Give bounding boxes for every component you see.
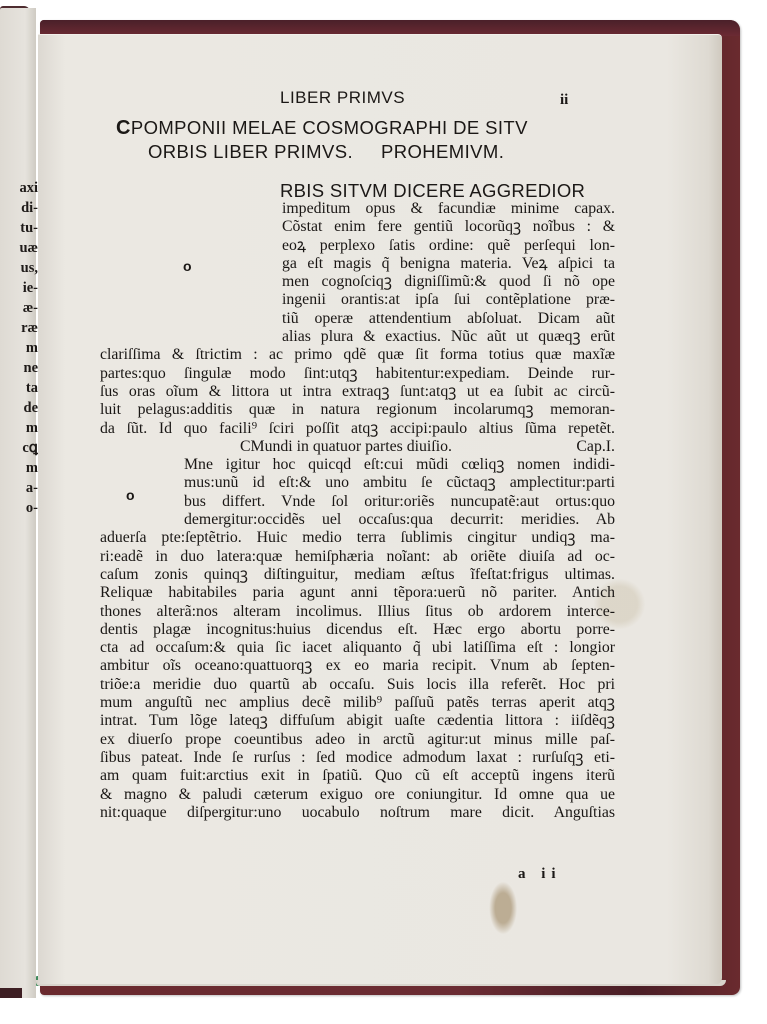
text-line: bus differt. Vnde ſol oritur:oriẽs nuncu… bbox=[100, 493, 615, 511]
signature-mark: a ii bbox=[518, 866, 562, 883]
verso-line: ræ bbox=[0, 318, 38, 338]
title-text: POMPONII MELAE COSMOGRAPHI DE SITV bbox=[131, 117, 528, 138]
text-line: tiũ operæ attendentium abſoluat. Dicam a… bbox=[100, 310, 615, 328]
verso-line-endings: axi di- tu- uæ us, ie- æ- ræ m ne ta de … bbox=[0, 178, 38, 518]
text-line: da ſũt. Id quo facili⁹ ſciri poſſit atqꝫ… bbox=[100, 420, 615, 438]
text-line: mus:unũ id eſt:& uno ambitu ſe cũctaqꝫ a… bbox=[100, 474, 615, 492]
text-line: eoꝝ perplexo ſatis ordine: quẽ perſequi … bbox=[100, 237, 615, 255]
text-line: luit pelagus:additis quæ in natura regio… bbox=[100, 401, 615, 419]
text-line: Cõstat enim fere gentiũ locorũqꝫ noĩbus … bbox=[100, 218, 615, 236]
text-line: ſus oras oĩum & littora ut intra extraqꝫ… bbox=[100, 383, 615, 401]
verso-line: a- bbox=[0, 478, 38, 498]
pilcrow-icon: C bbox=[116, 117, 131, 139]
text-line: caſum zonis quinqꝫ diſtinguitur, mediam … bbox=[100, 566, 615, 584]
text-line: dentis plagæ incognitus:huius dicendus e… bbox=[100, 621, 615, 639]
text-line: ambitur oĩs oceano:quattuorqꝫ ex eo mari… bbox=[100, 657, 615, 675]
text-line: demergitur:occidẽs uel occaſus:qua decur… bbox=[100, 511, 615, 529]
verso-line: cꝗ bbox=[0, 438, 38, 458]
text-line: am quam fuit:arctius exit in ſpatiũ. Quo… bbox=[100, 767, 615, 785]
title-line-1: CPOMPONII MELAE COSMOGRAPHI DE SITV bbox=[116, 117, 636, 140]
text-line: men cognoſciqꝫ digniſſimũ:& quod ſi nõ o… bbox=[100, 273, 615, 291]
text-line: ex diuerſo prope coeuntibus adeo in arct… bbox=[100, 731, 615, 749]
text-line: intrat. Tum lõge lateqꝫ diffuſum abigit … bbox=[100, 712, 615, 730]
verso-line: m bbox=[0, 338, 38, 358]
verso-line: æ- bbox=[0, 298, 38, 318]
chapter-number: Cap.I. bbox=[576, 438, 615, 456]
verso-line: tu- bbox=[0, 218, 38, 238]
verso-line: ie- bbox=[0, 278, 38, 298]
verso-line: uæ bbox=[0, 238, 38, 258]
text-line: impeditum opus & facundiæ minime capax. bbox=[100, 200, 615, 218]
folio-number: ii bbox=[560, 92, 568, 109]
text-line: mum anguſtũ nec amplius decẽ milib⁹ paſſ… bbox=[100, 694, 615, 712]
text-line: ingenii orantis:at ipſa ſui contẽplation… bbox=[100, 291, 615, 309]
text-line: & magno & paludi cæterum exiguo ore coni… bbox=[100, 786, 615, 804]
title-text: ORBIS LIBER PRIMVS. bbox=[148, 141, 353, 162]
verso-line: us, bbox=[0, 258, 38, 278]
text-line: Mne igitur hoc quicqd eſt:cui mũdi cœliq… bbox=[100, 456, 615, 474]
body-text: impeditum opus & facundiæ minime capax. … bbox=[100, 200, 615, 822]
text-line: aduerſa pte:ſeptẽtrio. Huic medio terra … bbox=[100, 529, 615, 547]
verso-line: axi bbox=[0, 178, 38, 198]
text-line: ſibus pateat. Inde ſe rurſus : ſed modic… bbox=[100, 749, 615, 767]
pilcrow-icon: C bbox=[240, 438, 251, 455]
text-line: alias plura & exactius. Nũc aũt ut quæqꝫ… bbox=[100, 328, 615, 346]
prohemium-heading: PROHEMIVM. bbox=[381, 141, 504, 162]
text-line: cta ad occaſum:& quia ſic iacet aliquant… bbox=[100, 639, 615, 657]
verso-line: di- bbox=[0, 198, 38, 218]
text-line: ri:eadẽ in duo latera:quæ hemiſphæria no… bbox=[100, 548, 615, 566]
chapter-title-text: Mundi in quatuor partes diuiſio. bbox=[251, 438, 452, 455]
text-line: triõe:a meridie duo quartũ ab occaſu. Su… bbox=[100, 676, 615, 694]
title-line-2: ORBIS LIBER PRIMVS.PROHEMIVM. bbox=[148, 141, 668, 163]
verso-line: o- bbox=[0, 498, 38, 518]
verso-line: ne bbox=[0, 358, 38, 378]
text-line: nit:quaque diſpergitur:uno uocabulo noſt… bbox=[100, 804, 615, 822]
verso-binding-bottom bbox=[0, 988, 22, 998]
text-line: ga eſt magis q̃ benigna materia. Veꝝ aſp… bbox=[100, 255, 615, 273]
text-line: partes:quo ſingulæ modo ſint:utqꝫ habite… bbox=[100, 365, 615, 383]
verso-line: de bbox=[0, 398, 38, 418]
text-line: clariſſima & ſtrictim : ac primo qdẽ quæ… bbox=[100, 346, 615, 364]
chapter-title: CMundi in quatuor partes diuiſio. bbox=[240, 438, 452, 456]
verso-line: ta bbox=[0, 378, 38, 398]
chapter-heading: CMundi in quatuor partes diuiſio. Cap.I. bbox=[100, 438, 615, 456]
text-line: thones alterã:nos alteram incolimus. Ill… bbox=[100, 603, 615, 621]
text-line: Reliquæ habitabiles paria agunt anni tẽp… bbox=[100, 584, 615, 602]
verso-line: m bbox=[0, 458, 38, 478]
running-head: LIBER PRIMVS bbox=[280, 88, 460, 108]
verso-line: m bbox=[0, 418, 38, 438]
incipit-line: RBIS SITVM DICERE AGGREDIOR bbox=[280, 180, 585, 202]
